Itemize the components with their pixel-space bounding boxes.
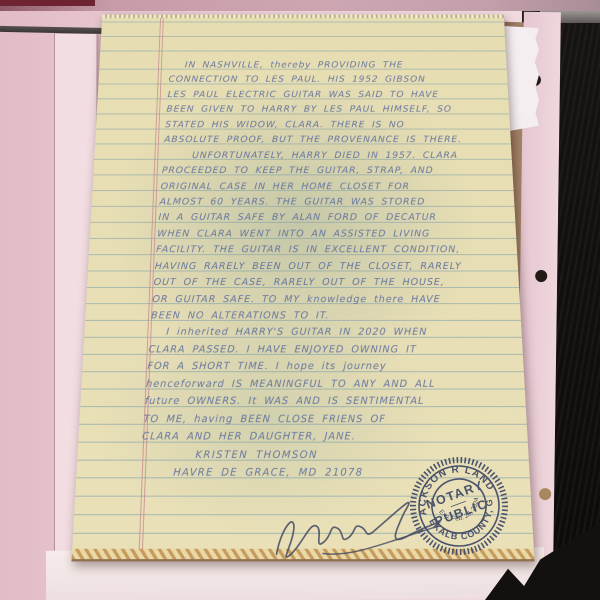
letter-line: STATED HIS WIDOW, CLARA. THERE IS NO [165,118,507,133]
perforated-top-edge [102,15,504,18]
handwritten-letter-text: IN NASHVILLE, thereby PROVIDING THE CONN… [139,58,514,482]
letter-line: UNFORTUNATELY, HARRY DIED IN 1957. CLARA [162,148,507,163]
letter-line: OR GUITAR SAFE. TO MY knowledge there HA… [152,292,511,309]
letter-line: OUT OF THE CASE, RARELY OUT OF THE HOUSE… [153,275,510,291]
letter-line: PROCEEDED TO KEEP THE GUITAR, STRAP, AND [161,164,508,180]
letter-line: HAVING RARELY BEEN OUT OF THE CLOSET, RA… [154,259,510,275]
letter-line: TO ME, having BEEN CLOSE FRIENS OF [143,411,513,429]
letter-line: IN NASHVILLE, thereby PROVIDING THE [169,58,506,73]
letter-line: FOR A SHORT TIME. I hope its journey [147,359,512,376]
letter-line: IN A GUITAR SAFE BY ALAN FORD OF DECATUR [158,211,509,227]
letter-line: henceforward IS MEANINGFUL TO ANY AND AL… [145,376,512,393]
letter-line: CLARA PASSED. I HAVE ENJOYED OWNING IT [148,342,511,359]
letter-line: ALMOST 60 YEARS. THE GUITAR WAS STORED [159,195,509,211]
letter-line: future OWNERS. It WAS AND IS SENTIMENTAL [144,393,512,411]
letter-line: I inherited HARRY'S GUITAR IN 2020 WHEN [149,325,511,342]
letter-line: WHEN CLARA WENT INTO AN ASSISTED LIVING [157,227,510,243]
maroon-edge [0,0,95,6]
letter-line: BEEN NO ALTERATIONS TO IT. [150,308,510,325]
photo-of-notarized-letter: IN NASHVILLE, thereby PROVIDING THE CONN… [0,0,600,600]
letter-line: CONNECTION TO LES PAUL. HIS 1952 GIBSON [168,73,506,88]
punch-hole [539,488,551,500]
letter-line: BEEN GIVEN TO HARRY BY LES PAUL HIMSELF,… [166,103,507,118]
punch-hole [535,270,547,282]
letter-line: FACILITY. THE GUITAR IS IN EXCELLENT CON… [155,243,509,259]
letter-line: ABSOLUTE PROOF, BUT THE PROVENANCE IS TH… [164,133,508,148]
letter-line: LES PAUL ELECTRIC GUITAR WAS SAID TO HAV… [167,88,507,103]
letter-line: ORIGINAL CASE IN HER HOME CLOSET FOR [160,179,508,195]
